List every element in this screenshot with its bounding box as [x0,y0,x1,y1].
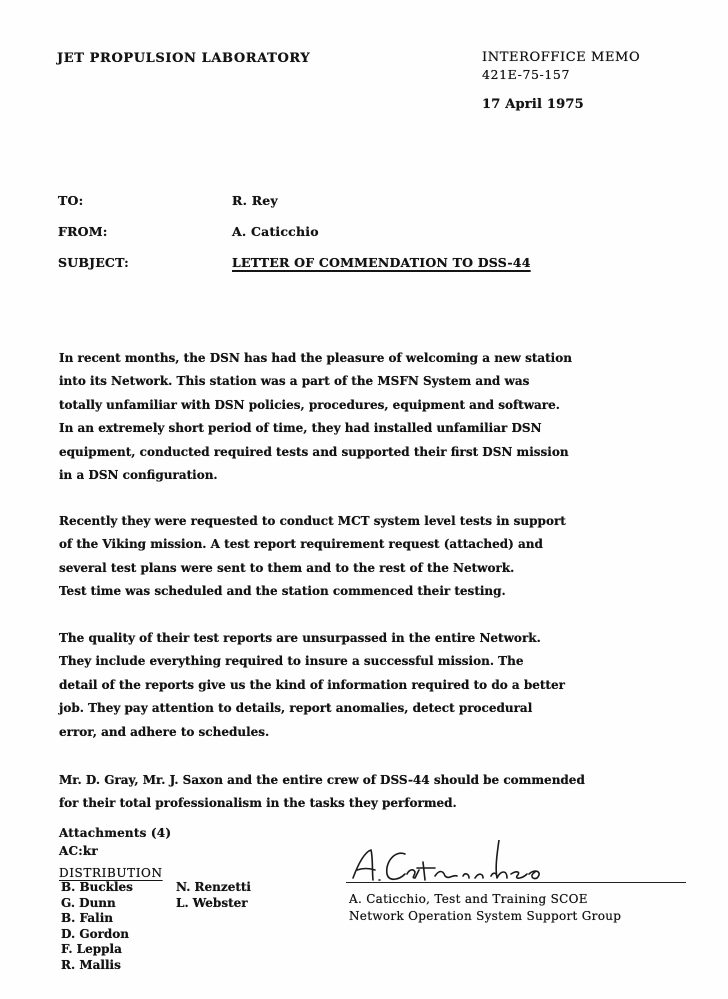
paragraph-line: in a DSN configuration. [59,464,659,487]
organization-name: JET PROPULSION LABORATORY [57,51,310,66]
distribution-list-right: N. Renzetti L. Webster [176,880,251,911]
body-paragraph-1: In recent months, the DSN has had the pl… [59,347,659,487]
paragraph-line: Recently they were requested to conduct … [59,510,659,533]
from-value: A. Caticchio [232,224,319,239]
paragraph-line: detail of the reports give us the kind o… [59,674,659,697]
paragraph-line: equipment, conducted required tests and … [59,441,659,464]
paragraph-line: job. They pay attention to details, repo… [59,697,659,720]
signature-line [346,882,686,883]
subject-label: SUBJECT: [58,255,129,270]
distribution-recipient: N. Renzetti [176,880,251,896]
memo-number: 421E-75-157 [482,67,570,82]
to-value: R. Rey [232,193,278,208]
signer-group: Network Operation System Support Group [349,909,621,923]
to-label: TO: [58,193,83,208]
distribution-title: DISTRIBUTION [59,866,163,880]
paragraph-line: Mr. D. Gray, Mr. J. Saxon and the entire… [59,769,728,792]
paragraph-line: In an extremely short period of time, th… [59,417,659,440]
paragraph-line: of the Viking mission. A test report req… [59,533,659,556]
paragraph-line: totally unfamiliar with DSN policies, pr… [59,394,659,417]
distribution-recipient: D. Gordon [61,927,133,943]
distribution-list-left: B. Buckles G. Dunn B. Falin D. Gordon F.… [61,880,133,973]
paragraph-line: error, and adhere to schedules. [59,721,659,744]
memo-type: INTEROFFICE MEMO [482,50,640,65]
paragraph-line: They include everything required to insu… [59,650,659,673]
distribution-recipient: B. Falin [61,911,133,927]
paragraph-line: In recent months, the DSN has had the pl… [59,347,659,370]
paragraph-line: into its Network. This station was a par… [59,370,659,393]
signer-name-title: A. Caticchio, Test and Training SCOE [349,892,588,906]
paragraph-line: Test time was scheduled and the station … [59,580,659,603]
paragraph-line: The quality of their test reports are un… [59,627,659,650]
distribution-recipient: B. Buckles [61,880,133,896]
body-paragraph-2: Recently they were requested to conduct … [59,510,659,604]
body-paragraph-3: The quality of their test reports are un… [59,627,659,744]
distribution-recipient: L. Webster [176,896,251,912]
distribution-recipient: G. Dunn [61,896,133,912]
attachments-note: Attachments (4) [59,826,171,840]
paragraph-line: several test plans were sent to them and… [59,557,659,580]
memo-page: JET PROPULSION LABORATORY INTEROFFICE ME… [0,0,728,999]
subject-value: LETTER OF COMMENDATION TO DSS-44 [232,255,531,270]
distribution-recipient: F. Leppla [61,942,133,958]
body-paragraph-4: Mr. D. Gray, Mr. J. Saxon and the entire… [59,769,728,816]
handwritten-signature: A. Caticchio [345,840,695,895]
memo-date: 17 April 1975 [482,97,584,112]
from-label: FROM: [58,224,108,239]
paragraph-line: for their total professionalism in the t… [59,792,728,815]
reference-initials: AC:kr [59,844,98,858]
distribution-recipient: R. Mallis [61,958,133,974]
